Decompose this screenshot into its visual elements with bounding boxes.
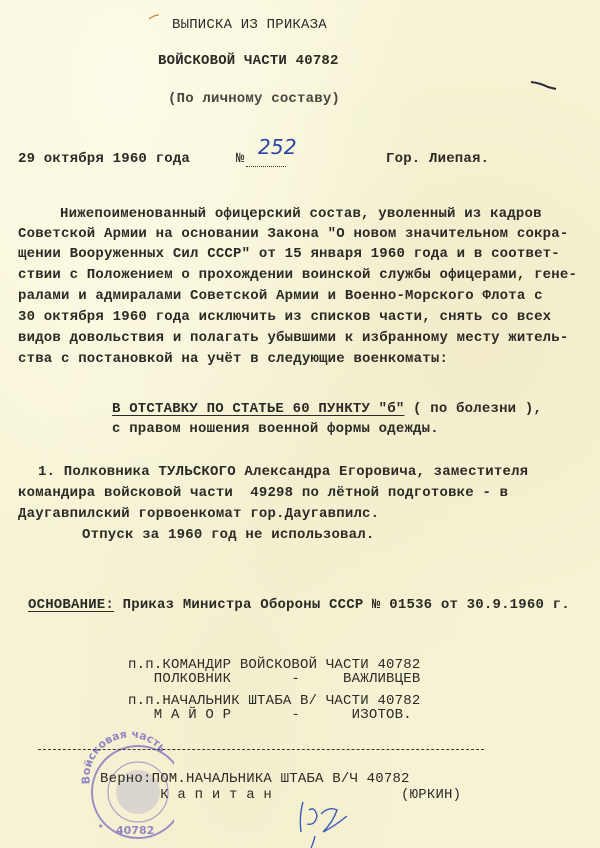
body-line: 30 октября 1960 года исключить из списко…: [18, 308, 551, 326]
order-number-label: №: [236, 150, 245, 168]
item-line: командира войсковой части 49298 по лётно…: [18, 484, 508, 502]
order-date: 29 октября 1960 года: [18, 150, 190, 168]
leave-note: Отпуск за 1960 год не использовал.: [82, 526, 374, 544]
body-line: ства с постановкой на учёт в следующие в…: [18, 350, 448, 368]
basis-text: Приказ Министра Обороны СССР № 01536 от …: [114, 597, 570, 613]
order-number-line: [246, 166, 286, 167]
retirement-heading: В ОТСТАВКУ ПО СТАТЬЕ 60 ПУНКТУ "б" ( по …: [112, 400, 542, 418]
item-line: Даугавпилский горвоенкомат гор.Даугавпил…: [18, 505, 379, 523]
header-line-1: ВЫПИСКА ИЗ ПРИКАЗА: [172, 16, 327, 34]
order-place: Гор. Лиепая.: [386, 150, 489, 168]
handwritten-signature-icon: [285, 796, 365, 848]
ink-mark: [530, 80, 558, 90]
retirement-heading-underlined: В ОТСТАВКУ ПО СТАТЬЕ 60 ПУНКТУ "б": [112, 401, 404, 417]
divider-line: [38, 749, 484, 750]
header-line-2: ВОЙСКОВОЙ ЧАСТИ 40782: [158, 52, 339, 70]
stamp-bottom-text: 40782: [116, 824, 154, 837]
basis-line: ОСНОВАНИЕ: Приказ Министра Обороны СССР …: [28, 596, 570, 614]
body-line: ствии с Положением о прохождении воинско…: [18, 266, 577, 284]
header-line-3: (По личному составу): [168, 90, 340, 108]
pen-mark: [148, 14, 160, 20]
svg-text:★: ★: [98, 821, 104, 831]
document-page: ВЫПИСКА ИЗ ПРИКАЗА ВОЙСКОВОЙ ЧАСТИ 40782…: [0, 0, 600, 848]
order-number-handwritten: 252: [258, 138, 297, 156]
basis-label: ОСНОВАНИЕ:: [28, 597, 114, 613]
item-line: 1. Полковника ТУЛЬСКОГО Александра Егоро…: [38, 463, 528, 481]
body-line: Нижепоименованный офицерский состав, уво…: [60, 205, 542, 223]
retirement-heading-rest: ( по болезни ),: [404, 401, 542, 417]
body-line: видов довольствия и полагать убывшими к …: [18, 329, 569, 347]
signature-line: ПОЛКОВНИК - ВАЖЛИВЦЕВ: [128, 670, 420, 688]
retirement-line-2: с правом ношения военной формы одежды.: [112, 420, 439, 438]
body-line: ралами и адмиралами Советской Армии и Во…: [18, 287, 543, 305]
body-line: щении Вооруженных Сил СССР" от 15 января…: [18, 245, 560, 263]
certification-line-2: К а п и т а н (ЮРКИН): [100, 786, 461, 804]
body-line: Советской Армии на основании Закона "О н…: [18, 225, 569, 243]
